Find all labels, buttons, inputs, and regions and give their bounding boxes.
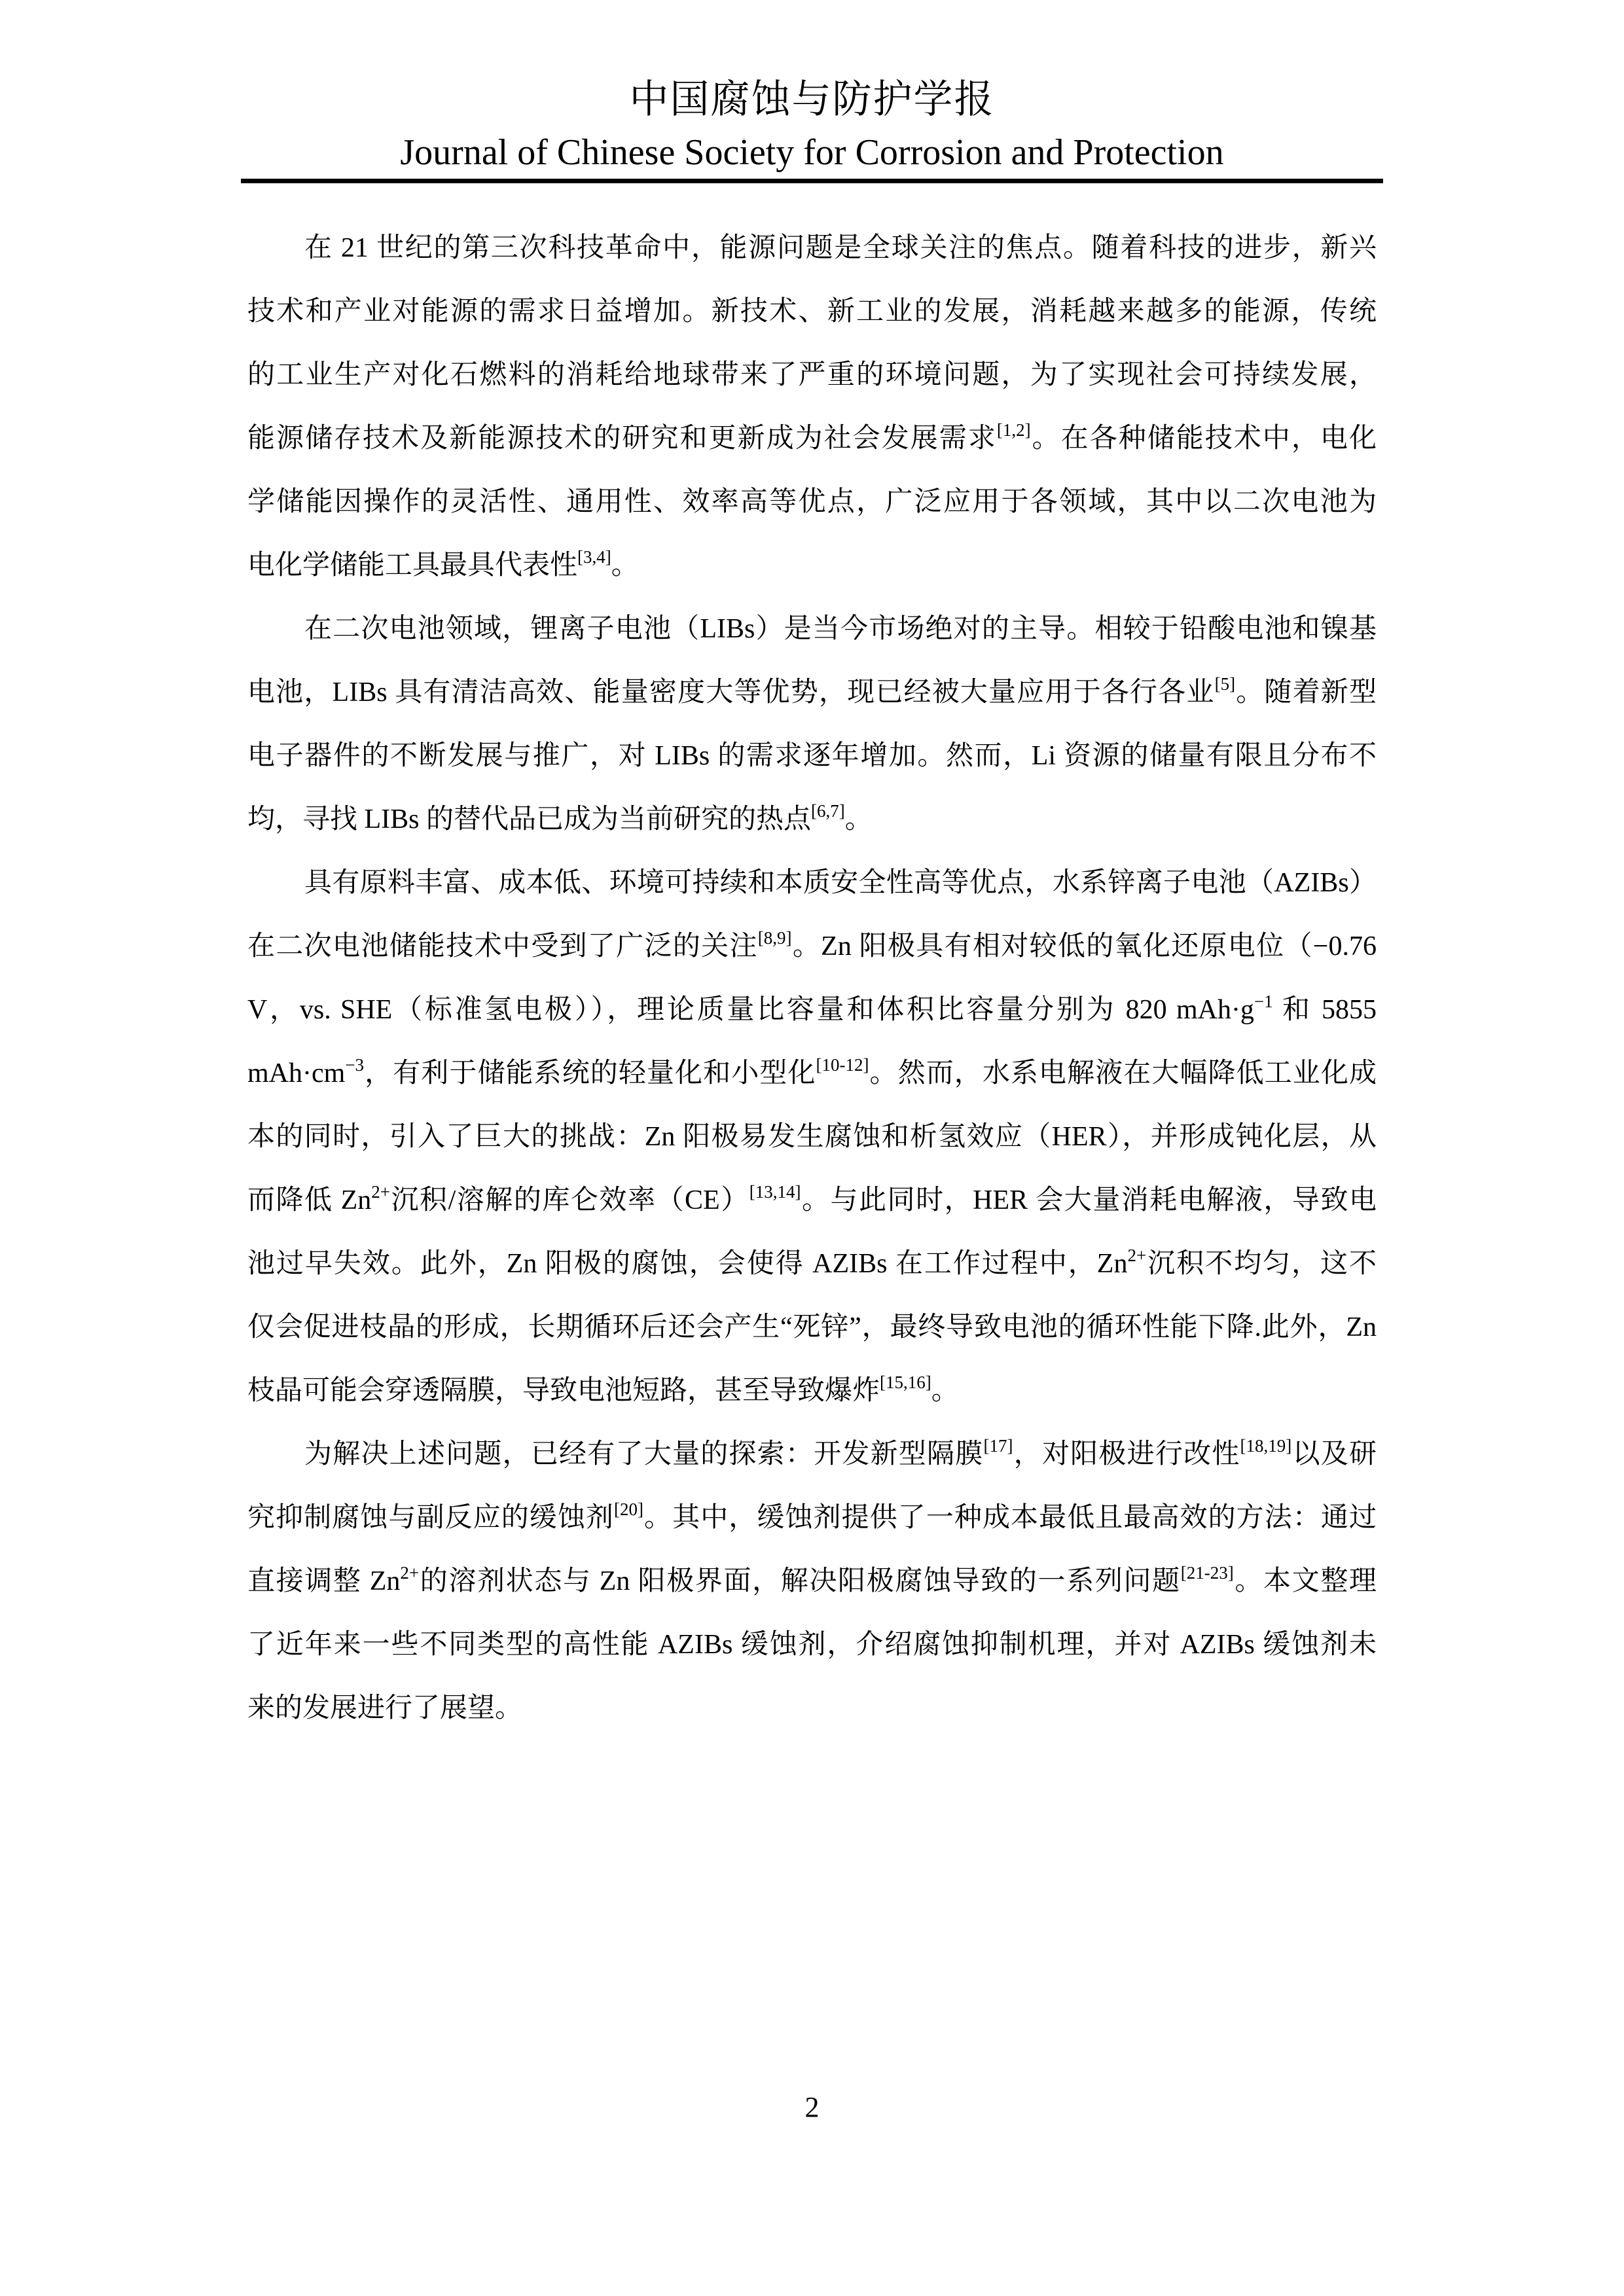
text-line: mAh·cm−3，有利于储能系统的轻量化和小型化[10-12]。然而，水系电解液… [247,1042,1377,1105]
text-line: V，vs. SHE（标准氢电极）），理论质量比容量和体积比容量分别为 820 m… [247,978,1377,1042]
text-run: 在二次电池领域，锂离子电池（LIBs）是当今市场绝对的主导。相较于铅酸电池和镍基 [304,614,1377,644]
text-run: 直接调整 Zn [247,1566,400,1596]
paragraph: 具有原料丰富、成本低、环境可持续和本质安全性高等优点，水系锌离子电池（AZIBs… [247,852,1377,1423]
journal-title-english: Journal of Chinese Society for Corrosion… [0,130,1624,175]
superscript: [10-12] [816,1055,869,1075]
text-run: 。然而，水系电解液在大幅降低工业化成 [869,1058,1377,1088]
text-run: 和 5855 [1273,995,1377,1025]
superscript: [6,7] [811,801,845,821]
superscript: 2+ [371,1182,390,1202]
text-run: 在二次电池储能技术中受到了广泛的关注 [247,931,758,961]
text-run: 来的发展进行了展望。 [247,1693,522,1723]
paragraph: 为解决上述问题，已经有了大量的探索：开发新型隔膜[17]，对阳极进行改性[18,… [247,1423,1377,1740]
text-run: mAh·cm [247,1058,345,1088]
text-line: 来的发展进行了展望。 [247,1677,1377,1740]
text-run: 均，寻找 LIBs 的替代品已成为当前研究的热点 [247,804,811,834]
text-line: 直接调整 Zn2+的溶剂状态与 Zn 阳极界面，解决阳极腐蚀导致的一系列问题[2… [247,1550,1377,1613]
text-run: 。Zn 阳极具有相对较低的氧化还原电位（−0.76 [792,931,1377,961]
superscript: 2+ [400,1563,419,1583]
superscript: −1 [1254,992,1273,1011]
text-run: 沉积不均匀，这不 [1146,1249,1377,1279]
text-line: 具有原料丰富、成本低、环境可持续和本质安全性高等优点，水系锌离子电池（AZIBs… [247,852,1377,915]
article-body: 在 21 世纪的第三次科技革命中，能源问题是全球关注的焦点。随着科技的进步，新兴… [247,217,1377,1740]
text-run: 在 21 世纪的第三次科技革命中，能源问题是全球关注的焦点。随着科技的进步，新兴 [304,233,1377,263]
superscript: [8,9] [758,928,792,948]
text-run: 的工业生产对化石燃料的消耗给地球带来了严重的环境问题，为了实现社会可持续发展， [247,360,1377,390]
text-line: 枝晶可能会穿透隔膜，导致电池短路，甚至导致爆炸[15,16]。 [247,1359,1377,1423]
superscript: [3,4] [577,547,611,567]
header-divider-rule [241,179,1383,183]
text-run: 。 [931,1376,959,1406]
text-line: 学储能因操作的灵活性、通用性、效率高等优点，广泛应用于各领域，其中以二次电池为 [247,471,1377,534]
text-line: 电子器件的不断发展与推广，对 LIBs 的需求逐年增加。然而，Li 资源的储量有… [247,725,1377,788]
text-run: 究抑制腐蚀与副反应的缓蚀剂 [247,1503,614,1533]
text-run: 电化学储能工具最具代表性 [247,550,577,581]
text-run: 为解决上述问题，已经有了大量的探索：开发新型隔膜 [304,1439,984,1469]
text-run: 池过早失效。此外，Zn 阳极的腐蚀，会使得 AZIBs 在工作过程中，Zn [247,1249,1127,1279]
text-line: 了近年来一些不同类型的高性能 AZIBs 缓蚀剂，介绍腐蚀抑制机理，并对 AZI… [247,1613,1377,1677]
text-line: 池过早失效。此外，Zn 阳极的腐蚀，会使得 AZIBs 在工作过程中，Zn2+沉… [247,1232,1377,1296]
text-line: 在二次电池储能技术中受到了广泛的关注[8,9]。Zn 阳极具有相对较低的氧化还原… [247,915,1377,978]
text-run: 技术和产业对能源的需求日益增加。新技术、新工业的发展，消耗越来越多的能源，传统 [247,296,1377,327]
document-page: 中国腐蚀与防护学报 Journal of Chinese Society for… [0,0,1624,2296]
text-line: 仅会促进枝晶的形成，长期循环后还会产生“死锌”，最终导致电池的循环性能下降.此外… [247,1296,1377,1359]
text-run: 。 [611,550,639,581]
superscript: [18,19] [1240,1436,1292,1456]
text-line: 电化学储能工具最具代表性[3,4]。 [247,534,1377,598]
text-run: 。 [845,804,873,834]
text-run: 了近年来一些不同类型的高性能 AZIBs 缓蚀剂，介绍腐蚀抑制机理，并对 AZI… [247,1630,1377,1660]
text-run: 。随着新型 [1235,677,1377,708]
text-line: 能源储存技术及新能源技术的研究和更新成为社会发展需求[1,2]。在各种储能技术中… [247,407,1377,471]
text-run: 电子器件的不断发展与推广，对 LIBs 的需求逐年增加。然而，Li 资源的储量有… [247,741,1377,771]
text-run: 沉积/溶解的库仑效率（CE） [390,1185,749,1215]
text-line: 为解决上述问题，已经有了大量的探索：开发新型隔膜[17]，对阳极进行改性[18,… [247,1423,1377,1486]
superscript: [5] [1215,674,1235,694]
text-run: 本的同时，引入了巨大的挑战：Zn 阳极易发生腐蚀和析氢效应（HER），并形成钝化… [247,1122,1377,1152]
text-run: 枝晶可能会穿透隔膜，导致电池短路，甚至导致爆炸 [247,1376,880,1406]
text-run: 学储能因操作的灵活性、通用性、效率高等优点，广泛应用于各领域，其中以二次电池为 [247,487,1377,517]
superscript: [17] [984,1436,1013,1456]
superscript: [1,2] [997,420,1031,440]
text-line: 电池，LIBs 具有清洁高效、能量密度大等优势，现已经被大量应用于各行各业[5]… [247,661,1377,725]
text-line: 在二次电池领域，锂离子电池（LIBs）是当今市场绝对的主导。相较于铅酸电池和镍基 [247,598,1377,661]
superscript: 2+ [1127,1246,1146,1265]
text-line: 均，寻找 LIBs 的替代品已成为当前研究的热点[6,7]。 [247,788,1377,852]
superscript: [15,16] [880,1372,931,1392]
page-number: 2 [0,2088,1624,2127]
superscript: [20] [614,1499,643,1519]
text-line: 的工业生产对化石燃料的消耗给地球带来了严重的环境问题，为了实现社会可持续发展， [247,344,1377,407]
text-line: 在 21 世纪的第三次科技革命中，能源问题是全球关注的焦点。随着科技的进步，新兴 [247,217,1377,280]
text-run: V，vs. SHE（标准氢电极）），理论质量比容量和体积比容量分别为 820 m… [247,995,1254,1025]
text-run: 。其中，缓蚀剂提供了一种成本最低且最高效的方法：通过 [643,1503,1377,1533]
paragraph: 在 21 世纪的第三次科技革命中，能源问题是全球关注的焦点。随着科技的进步，新兴… [247,217,1377,598]
text-run: 仅会促进枝晶的形成，长期循环后还会产生“死锌”，最终导致电池的循环性能下降.此外… [247,1312,1377,1342]
text-run: 。在各种储能技术中，电化 [1031,423,1377,454]
superscript: [21-23] [1181,1563,1234,1583]
text-run: 以及研 [1291,1439,1377,1469]
text-run: 的溶剂状态与 Zn 阳极界面，解决阳极腐蚀导致的一系列问题 [419,1566,1181,1596]
paragraph: 在二次电池领域，锂离子电池（LIBs）是当今市场绝对的主导。相较于铅酸电池和镍基… [247,598,1377,852]
text-run: ，对阳极进行改性 [1013,1439,1240,1469]
text-run: 而降低 Zn [247,1185,371,1215]
text-run: 。本文整理 [1234,1566,1377,1596]
text-run: ，有利于储能系统的轻量化和小型化 [364,1058,816,1088]
journal-title-chinese: 中国腐蚀与防护学报 [0,76,1624,123]
text-run: 。与此同时，HER 会大量消耗电解液，导致电 [801,1185,1377,1215]
text-line: 究抑制腐蚀与副反应的缓蚀剂[20]。其中，缓蚀剂提供了一种成本最低且最高效的方法… [247,1486,1377,1550]
text-line: 而降低 Zn2+沉积/溶解的库仑效率（CE）[13,14]。与此同时，HER 会… [247,1169,1377,1232]
text-line: 本的同时，引入了巨大的挑战：Zn 阳极易发生腐蚀和析氢效应（HER），并形成钝化… [247,1105,1377,1169]
text-run: 具有原料丰富、成本低、环境可持续和本质安全性高等优点，水系锌离子电池（AZIBs… [304,868,1377,898]
text-run: 能源储存技术及新能源技术的研究和更新成为社会发展需求 [247,423,997,454]
superscript: −3 [345,1055,364,1075]
text-line: 技术和产业对能源的需求日益增加。新技术、新工业的发展，消耗越来越多的能源，传统 [247,280,1377,344]
text-run: 电池，LIBs 具有清洁高效、能量密度大等优势，现已经被大量应用于各行各业 [247,677,1215,708]
superscript: [13,14] [749,1182,801,1202]
